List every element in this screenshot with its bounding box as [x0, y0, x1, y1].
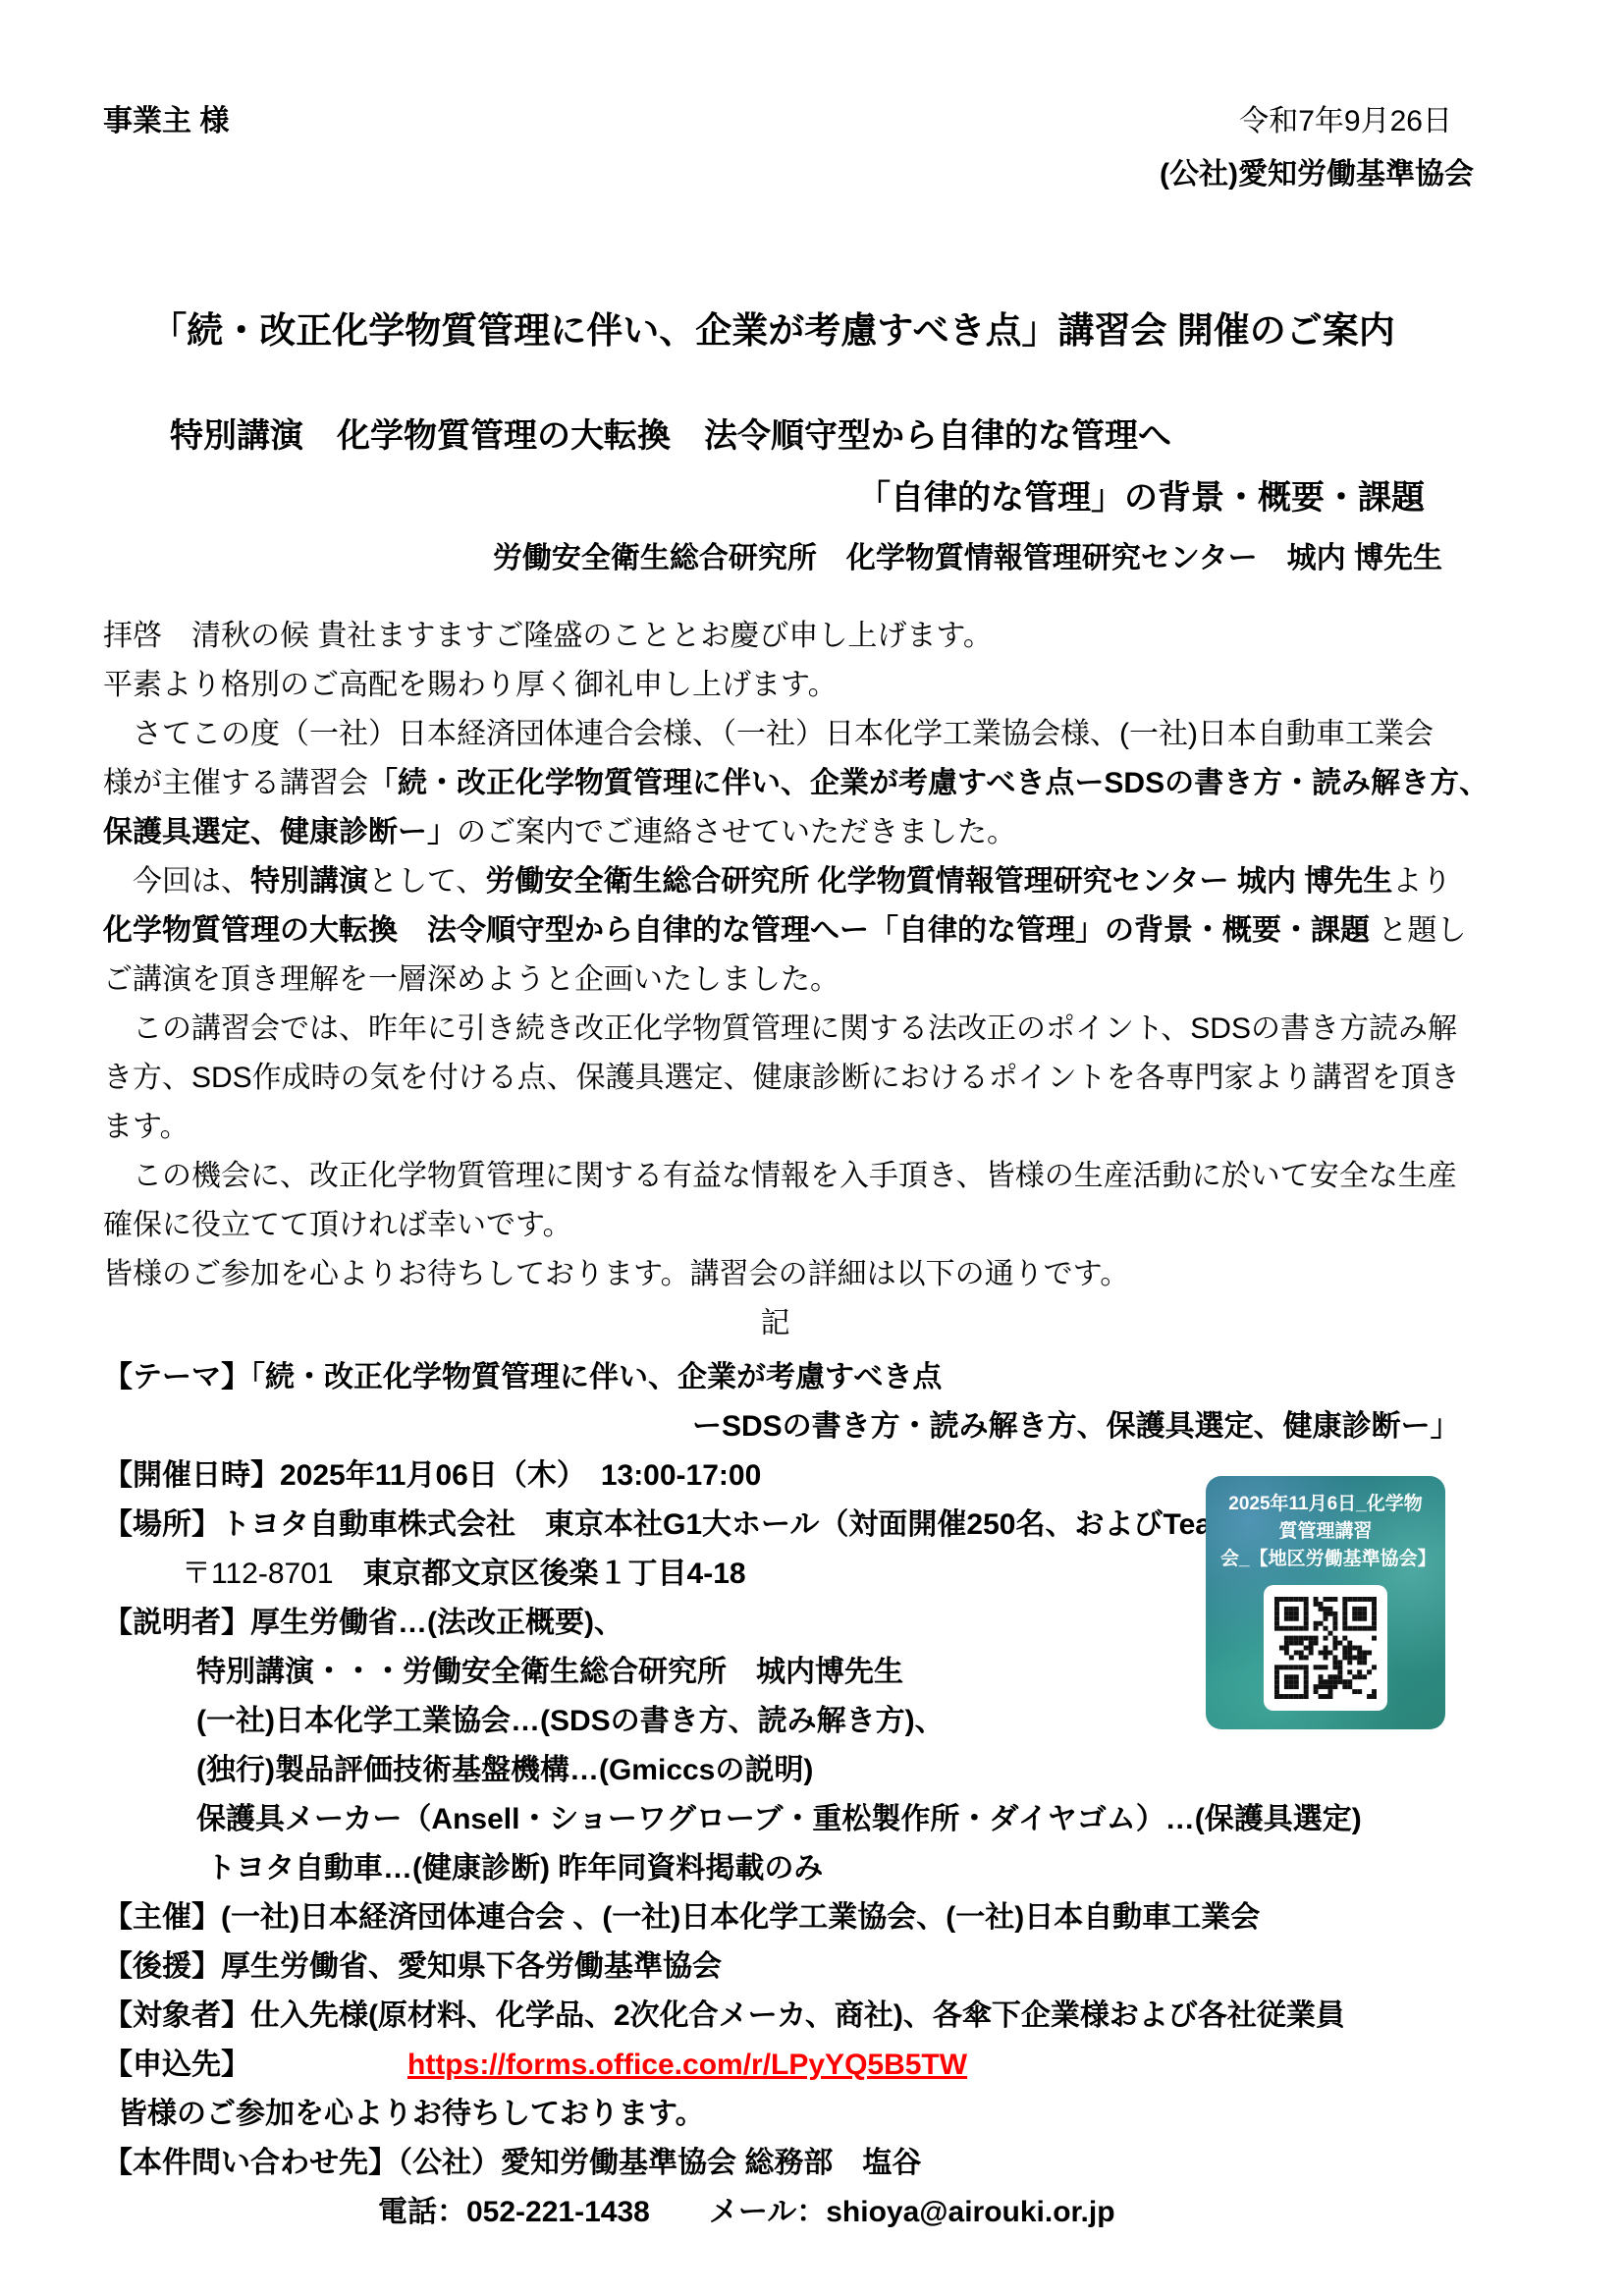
qr-code — [1264, 1585, 1387, 1711]
body-line-12: この機会に、改正化学物質管理に関する有益な情報を入手頂き、皆様の生産活動に於いて… — [103, 1152, 1541, 1201]
detail-line-11: トヨタ自動車…(健康診断) 昨年同資料掲載のみ — [103, 1844, 1541, 1893]
recipient: 事業主 様 — [103, 96, 229, 139]
lecture-heading-line3: 労働安全衛生総合研究所 化学物質情報管理研究センター 城内 博先生 — [103, 533, 1541, 576]
detail-line-16: 皆様のご参加を心よりお待ちしております。 — [103, 2090, 1541, 2139]
document-date: 令和7年9月26日 — [1239, 96, 1452, 139]
body-line-5: 保護具選定、健康診断ー」のご案内でご連絡させていただきました。 — [103, 808, 1541, 857]
body-line-6: 今回は、特別講演として、労働安全衛生総合研究所 化学物質情報管理研究センター 城… — [103, 857, 1541, 906]
letter-body: 拝啓 清秋の候 貴社ますますご隆盛のこととお慶び申し上げます。平素より格別のご高… — [103, 612, 1541, 1299]
body-line-2: 平素より格別のご高配を賜わり厚く御礼申し上げます。 — [103, 661, 1541, 710]
header-row: 事業主 様 令和7年9月26日 — [103, 0, 1541, 139]
detail-line-13: 【後援】厚生労働省、愛知県下各労働基準協会 — [103, 1942, 1541, 1992]
detail-line-18: 電話：052-221-1438 メール：shioya@airouki.or.jp — [103, 2188, 1541, 2237]
body-line-14: 皆様のご参加を心よりお待ちしております。講習会の詳細は以下の通りです。 — [103, 1250, 1541, 1299]
qr-card: 2025年11月6日_化学物質管理講習 会_【地区労働基準協会】 — [1206, 1476, 1445, 1729]
lecture-heading-line2: 「自律的な管理」の背景・概要・課題 — [103, 470, 1541, 519]
ki-marker: 記 — [103, 1299, 1541, 1348]
body-line-8: ご講演を頂き理解を一層深めようと企画いたしました。 — [103, 956, 1541, 1005]
detail-line-1: 【テーマ】「続・改正化学物質管理に伴い、企業が考慮すべき点 — [103, 1353, 1541, 1402]
document-page: 事業主 様 令和7年9月26日 (公社)愛知労働基準協会 「続・改正化学物質管理… — [0, 0, 1624, 2296]
application-form-link[interactable]: https://forms.office.com/r/LPyYQ5B5TW — [407, 2049, 967, 2081]
qr-caption-line1: 2025年11月6日_化学物質管理講習 — [1228, 1494, 1423, 1542]
body-line-9: この講習会では、昨年に引き続き改正化学物質管理に関する法改正のポイント、SDSの… — [103, 1005, 1541, 1054]
body-line-7: 化学物質管理の大転換 法令順守型から自律的な管理へー「自律的な管理」の背景・概要… — [103, 906, 1541, 956]
detail-line-15: 【申込先】https://forms.office.com/r/LPyYQ5B5… — [103, 2041, 1541, 2090]
lecture-heading-line1: 特別講演 化学物質管理の大転換 法令順守型から自律的な管理へ — [103, 409, 1541, 457]
qr-caption-line2: 会_【地区労働基準協会】 — [1220, 1549, 1436, 1569]
detail-line-2: ーSDSの書き方・読み解き方、保護具選定、健康診断ー」 — [103, 1402, 1541, 1451]
body-line-11: ます。 — [103, 1103, 1541, 1152]
detail-line-10: 保護具メーカー（Ansell・ショーワグローブ・重松製作所・ダイヤゴム）…(保護… — [103, 1795, 1541, 1844]
body-line-3: さてこの度（一社）日本経済団体連合会様、（一社）日本化学工業協会様、(一社)日本… — [103, 710, 1541, 759]
document-title: 「続・改正化学物質管理に伴い、企業が考慮すべき点」講習会 開催のご案内 — [103, 301, 1541, 354]
issuing-organization: (公社)愛知労働基準協会 — [103, 149, 1541, 192]
detail-line-17: 【本件問い合わせ先】（公社）愛知労働基準協会 総務部 塩谷 — [103, 2139, 1541, 2188]
detail-line-14: 【対象者】仕入先様(原材料、化学品、2次化合メーカ、商社)、各傘下企業様および各… — [103, 1992, 1541, 2041]
body-line-10: き方、SDS作成時の気を付ける点、保護具選定、健康診断におけるポイントを各専門家… — [103, 1054, 1541, 1103]
detail-line-12: 【主催】(一社)日本経済団体連合会 、(一社)日本化学工業協会、(一社)日本自動… — [103, 1893, 1541, 1942]
body-line-4: 様が主催する講習会「続・改正化学物質管理に伴い、企業が考慮すべき点ーSDSの書き… — [103, 759, 1541, 808]
body-line-13: 確保に役立てて頂ければ幸いです。 — [103, 1201, 1541, 1250]
detail-line-9: (独行)製品評価技術基盤機構…(Gmiccsの説明) — [103, 1746, 1541, 1795]
qr-caption: 2025年11月6日_化学物質管理講習 会_【地区労働基準協会】 — [1220, 1491, 1431, 1573]
body-line-1: 拝啓 清秋の候 貴社ますますご隆盛のこととお慶び申し上げます。 — [103, 612, 1541, 661]
